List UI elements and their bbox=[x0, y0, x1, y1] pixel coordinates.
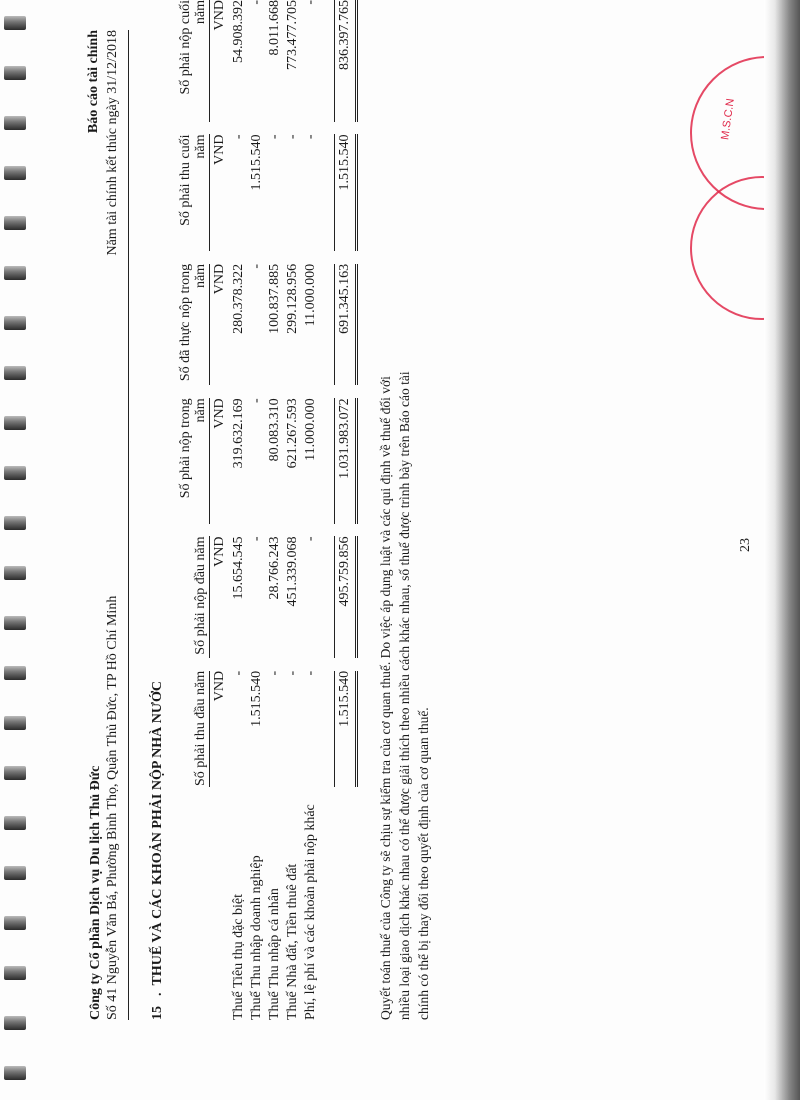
company-name: Công ty Cổ phần Dịch vụ Du lịch Thủ Đức bbox=[88, 766, 104, 1020]
section-heading: 15. THUẾ VÀ CÁC KHOẢN PHẢI NỘP NHÀ NƯỚC bbox=[150, 681, 166, 1020]
cell-value bbox=[320, 135, 335, 252]
binding-hole-icon bbox=[4, 1066, 26, 1080]
cell-value: 1.515.540 bbox=[335, 671, 357, 788]
binding-hole-icon bbox=[4, 716, 26, 730]
binding-hole-icon bbox=[4, 316, 26, 330]
cell-value: - bbox=[266, 135, 284, 252]
cell-value: VND bbox=[210, 0, 231, 122]
col-header: Số phải nộp cuối năm bbox=[178, 0, 210, 122]
unit-row: VNDVNDVNDVNDVNDVND bbox=[210, 0, 231, 1020]
cell-value bbox=[320, 671, 335, 788]
cell-value: 100.837.885 bbox=[266, 264, 284, 386]
company-address: Số 41 Nguyễn Văn Bá, Phường Bình Thọ, Qu… bbox=[105, 596, 121, 1020]
cell-value: 691.345.163 bbox=[335, 264, 357, 386]
cell-value: - bbox=[248, 0, 266, 122]
page-number: 23 bbox=[738, 538, 754, 552]
binding-hole-icon bbox=[4, 666, 26, 680]
table-header-row: Số phải thu đầu năm Số phải nộp đầu năm … bbox=[178, 0, 210, 1020]
table-row: Thuế Tiêu thụ đặc biệt-15.654.545319.632… bbox=[230, 0, 248, 1020]
header-rule bbox=[128, 30, 129, 1020]
row-label: Thuế Thu nhập doanh nghiệp bbox=[248, 787, 266, 1020]
total-row: 1.515.540495.759.8561.031.983.072691.345… bbox=[335, 0, 357, 1020]
table-row: Thuế Thu nhập cá nhân-28.766.24380.083.3… bbox=[266, 0, 284, 1020]
cell-value: 280.378.322 bbox=[230, 264, 248, 386]
row-label: Thuế Tiêu thụ đặc biệt bbox=[230, 787, 248, 1020]
cell-value: - bbox=[284, 135, 302, 252]
cell-value: - bbox=[266, 671, 284, 788]
spiral-binding bbox=[0, 0, 30, 1100]
cell-value: 621.267.593 bbox=[284, 398, 302, 523]
section-title: THUẾ VÀ CÁC KHOẢN PHẢI NỘP NHÀ NƯỚC bbox=[150, 681, 165, 986]
cell-value: 15.654.545 bbox=[230, 536, 248, 658]
cell-value: - bbox=[302, 671, 320, 788]
cell-value: - bbox=[248, 398, 266, 523]
spacer-row bbox=[320, 0, 335, 1020]
document-page: Công ty Cổ phần Dịch vụ Du lịch Thủ Đức … bbox=[0, 0, 800, 1100]
binding-hole-icon bbox=[4, 66, 26, 80]
binding-hole-icon bbox=[4, 116, 26, 130]
cell-value: - bbox=[248, 264, 266, 386]
cell-value: 773.477.705 bbox=[284, 0, 302, 122]
cell-value: - bbox=[302, 0, 320, 122]
cell-value: - bbox=[284, 671, 302, 788]
cell-value bbox=[320, 398, 335, 523]
binding-hole-icon bbox=[4, 416, 26, 430]
cell-value: - bbox=[248, 536, 266, 658]
col-header: Số đã thực nộp trong năm bbox=[178, 264, 210, 386]
tax-table: Số phải thu đầu năm Số phải nộp đầu năm … bbox=[178, 0, 358, 1020]
cell-value: 8.011.668 bbox=[266, 0, 284, 122]
binding-hole-icon bbox=[4, 866, 26, 880]
section-number: 15 bbox=[150, 1006, 165, 1020]
report-title: Báo cáo tài chính bbox=[86, 30, 102, 133]
binding-hole-icon bbox=[4, 166, 26, 180]
cell-value: 28.766.243 bbox=[266, 536, 284, 658]
cell-value: 11.000.000 bbox=[302, 398, 320, 523]
col-header: Số phải nộp đầu năm bbox=[178, 536, 210, 658]
tax-note: Quyết toán thuế của Công ty sẽ chịu sự k… bbox=[376, 370, 433, 1020]
binding-hole-icon bbox=[4, 466, 26, 480]
binding-hole-icon bbox=[4, 516, 26, 530]
cell-value: VND bbox=[210, 536, 231, 658]
binding-hole-icon bbox=[4, 566, 26, 580]
table-body: VNDVNDVNDVNDVNDVNDThuế Tiêu thụ đặc biệt… bbox=[210, 0, 357, 1020]
cell-value: 1.515.540 bbox=[248, 671, 266, 788]
binding-hole-icon bbox=[4, 266, 26, 280]
col-header: Số phải thu đầu năm bbox=[178, 671, 210, 788]
cell-value: 836.397.765 bbox=[335, 0, 357, 122]
binding-hole-icon bbox=[4, 616, 26, 630]
binding-hole-icon bbox=[4, 816, 26, 830]
binding-hole-icon bbox=[4, 966, 26, 980]
cell-value: 299.128.956 bbox=[284, 264, 302, 386]
binding-hole-icon bbox=[4, 216, 26, 230]
cell-value: 1.031.983.072 bbox=[335, 398, 357, 523]
cell-value: 11.000.000 bbox=[302, 264, 320, 386]
col-header: Số phải nộp trong năm bbox=[178, 398, 210, 523]
row-label: Phí, lệ phí và các khoản phải nộp khác bbox=[302, 787, 320, 1020]
binding-hole-icon bbox=[4, 16, 26, 30]
cell-value: 1.515.540 bbox=[335, 135, 357, 252]
row-label: Thuế Nhà đất, Tiền thuê đất bbox=[284, 787, 302, 1020]
cell-value: VND bbox=[210, 264, 231, 386]
table-row: Thuế Nhà đất, Tiền thuê đất-451.339.0686… bbox=[284, 0, 302, 1020]
cell-value: 1.515.540 bbox=[248, 135, 266, 252]
cell-value bbox=[320, 0, 335, 122]
cell-value: - bbox=[230, 135, 248, 252]
row-label: Thuế Thu nhập cá nhân bbox=[266, 787, 284, 1020]
table-row: Phí, lệ phí và các khoản phải nộp khác--… bbox=[302, 0, 320, 1020]
cell-value: - bbox=[302, 135, 320, 252]
cell-value: - bbox=[302, 536, 320, 658]
cell-value: 495.759.856 bbox=[335, 536, 357, 658]
binding-hole-icon bbox=[4, 1016, 26, 1030]
binding-hole-icon bbox=[4, 916, 26, 930]
col-header: Số phải thu cuối năm bbox=[178, 135, 210, 252]
binding-hole-icon bbox=[4, 366, 26, 380]
cell-value: VND bbox=[210, 135, 231, 252]
cell-value: 80.083.310 bbox=[266, 398, 284, 523]
cell-value: - bbox=[230, 671, 248, 788]
cell-value bbox=[320, 264, 335, 386]
cell-value: VND bbox=[210, 398, 231, 523]
page-edge-shadow bbox=[764, 0, 800, 1100]
cell-value: 451.339.068 bbox=[284, 536, 302, 658]
table-row: Thuế Thu nhập doanh nghiệp1.515.540---1.… bbox=[248, 0, 266, 1020]
cell-value: 54.908.392 bbox=[230, 0, 248, 122]
binding-hole-icon bbox=[4, 766, 26, 780]
report-period: Năm tài chính kết thúc ngày 31/12/2018 bbox=[105, 30, 121, 256]
cell-value bbox=[320, 536, 335, 658]
cell-value: VND bbox=[210, 671, 231, 788]
cell-value: 319.632.169 bbox=[230, 398, 248, 523]
